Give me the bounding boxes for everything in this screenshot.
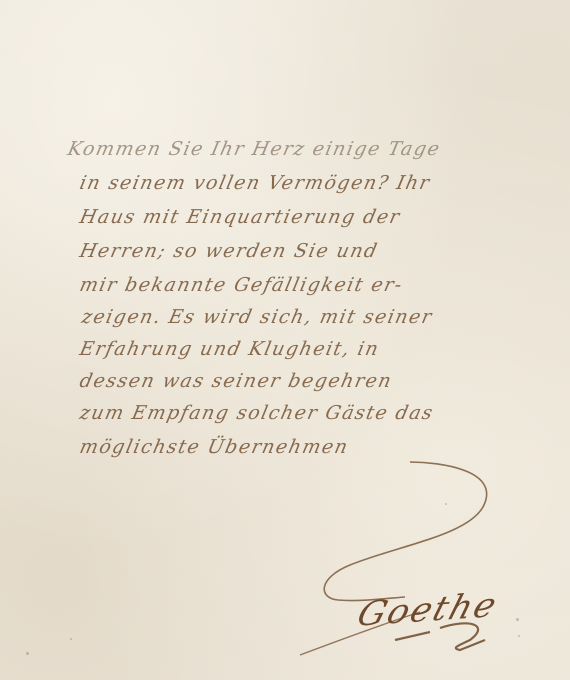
signature-flourish [0, 0, 570, 680]
